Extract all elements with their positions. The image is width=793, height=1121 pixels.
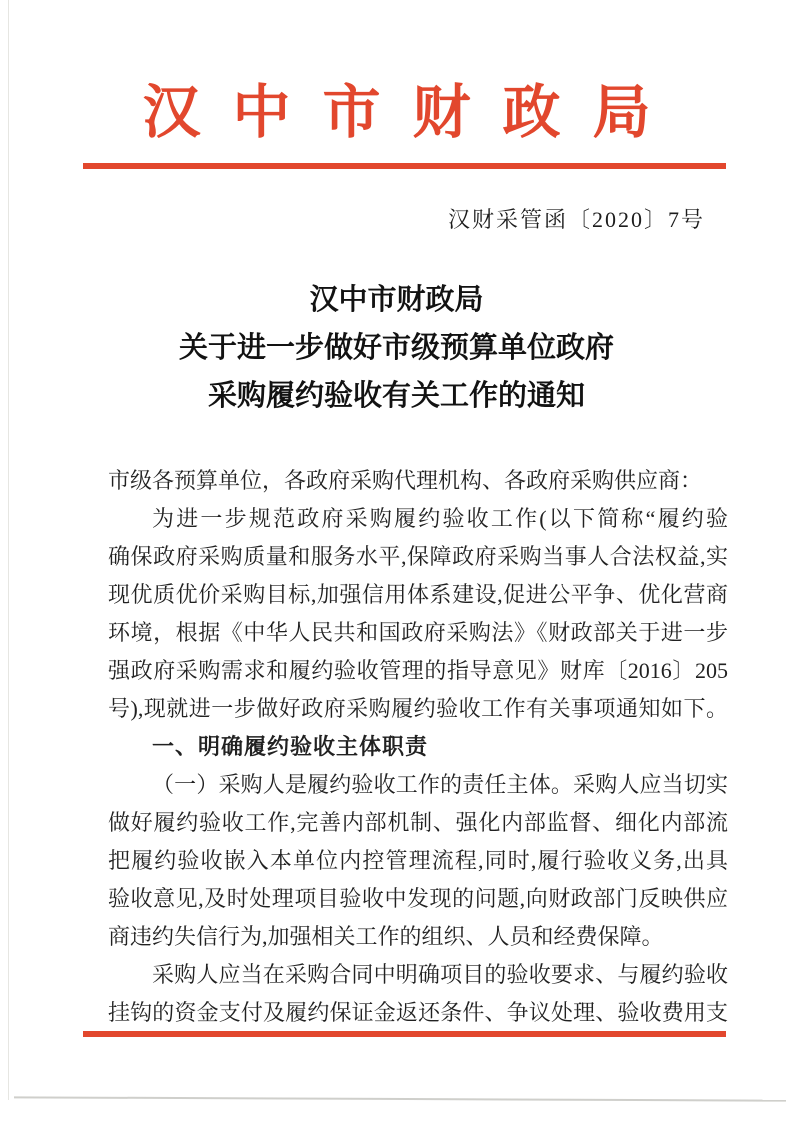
red-divider-top (83, 163, 726, 169)
body-line: 号),现就进一步做好政府采购履约验收工作有关事项通知如下。 (108, 690, 728, 728)
red-divider-bottom (83, 1031, 726, 1037)
body-line: 强政府采购需求和履约验收管理的指导意见》财库〔2016〕205 (108, 652, 728, 690)
body-line: 挂钩的资金支付及履约保证金返还条件、争议处理、验收费用支 (108, 994, 728, 1032)
body-line: 环境，根据《中华人民共和国政府采购法》《财政部关于进一步加 (108, 614, 728, 652)
page-edge-bottom (14, 1096, 786, 1101)
body-line: 做好履约验收工作,完善内部机制、强化内部监督、细化内部流程, (108, 804, 728, 842)
document-body: 市级各预算单位，各政府采购代理机构、各政府采购供应商： 为进一步规范政府采购履约… (108, 462, 728, 1032)
title-line-2: 关于进一步做好市级预算单位政府 (0, 324, 793, 372)
body-line: 采购人应当在采购合同中明确项目的验收要求、与履约验收 (108, 956, 728, 994)
body-line: 确保政府采购质量和服务水平,保障政府采购当事人合法权益,实 (108, 538, 728, 576)
title-line-1: 汉中市财政局 (0, 276, 793, 324)
salutation-line: 市级各预算单位，各政府采购代理机构、各政府采购供应商： (108, 462, 728, 500)
page-edge-left (8, 0, 9, 1100)
scanned-document-page: 汉中市财政局 汉财采管函〔2020〕7号 汉中市财政局 关于进一步做好市级预算单… (0, 0, 793, 1121)
body-line: 把履约验收嵌入本单位内控管理流程,同时,履行验收义务,出具 (108, 842, 728, 880)
body-line: （一）采购人是履约验收工作的责任主体。采购人应当切实 (108, 766, 728, 804)
document-title: 汉中市财政局 关于进一步做好市级预算单位政府 采购履约验收有关工作的通知 (0, 276, 793, 420)
body-line: 验收意见,及时处理项目验收中发现的问题,向财政部门反映供应 (108, 880, 728, 918)
title-line-3: 采购履约验收有关工作的通知 (0, 372, 793, 420)
document-number: 汉财采管函〔2020〕7号 (0, 203, 705, 234)
body-line: 现优质优价采购目标,加强信用体系建设,促进公平争、优化营商 (108, 576, 728, 614)
body-line: 商违约失信行为,加强相关工作的组织、人员和经费保障。 (108, 918, 728, 956)
body-line: 为进一步规范政府采购履约验收工作(以下简称“履约验收”)， (108, 500, 728, 538)
section-heading: 一、明确履约验收主体职责 (108, 728, 728, 766)
agency-letterhead: 汉中市财政局 (0, 80, 793, 147)
